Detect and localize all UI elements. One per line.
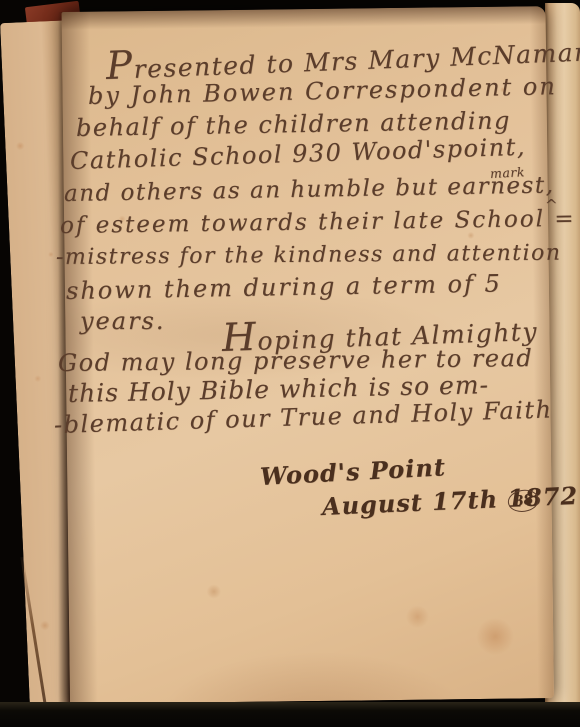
inscription-line-5: and others as an humble but earnest,	[64, 172, 555, 207]
inserted-word-mark: mark	[490, 164, 526, 181]
closing-place: Wood's Point	[259, 452, 446, 491]
inscription-line-7: -mistress for the kindness and attention	[56, 241, 562, 270]
inscription-line-9: years.	[80, 307, 166, 335]
inscription-line-8: shown them during a term of 5	[66, 269, 502, 305]
book-photo: Presented to Mrs Mary McNamara by John B…	[0, 0, 580, 727]
closing-date: August 17th 1872.	[321, 480, 580, 521]
inscription: Presented to Mrs Mary McNamara by John B…	[0, 0, 580, 727]
inscription-line-6: of esteem towards their late School =	[60, 206, 576, 239]
